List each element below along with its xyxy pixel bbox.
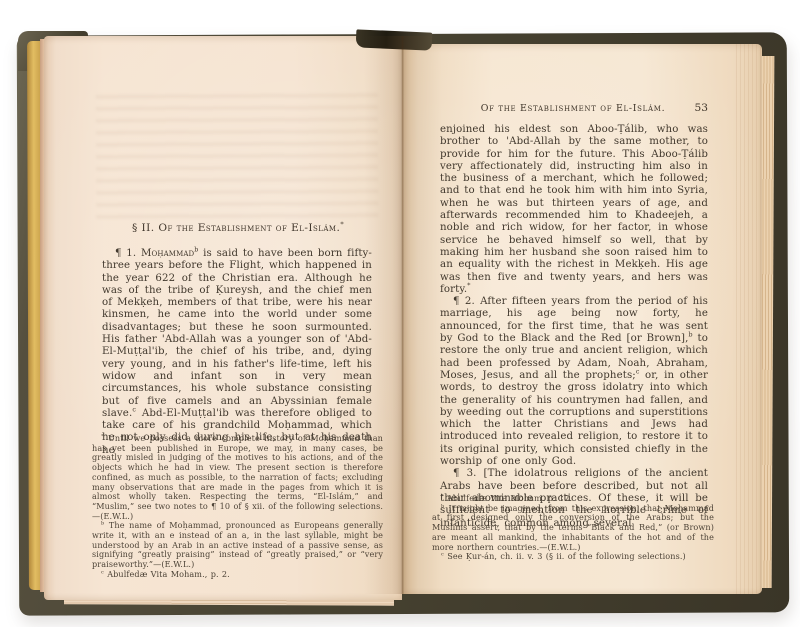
left-page: § II. Of the Establishment of El-Islám.*…: [44, 36, 402, 600]
paragraph-2: ¶ 2. After fifteen years from the period…: [440, 296, 708, 468]
right-page-body: enjoined his eldest son Aboo-Ṭálib, who …: [440, 124, 708, 530]
footnote-b: b It might be imagined, from this expres…: [432, 504, 714, 553]
footnote-b: b The name of Moḥammad, pronounced as Eu…: [92, 521, 383, 570]
running-header-text: Of the Establishment of El-Islám.: [481, 103, 666, 114]
left-page-footnotes: * Until we possess a more complete histo…: [92, 434, 383, 580]
page-number: 53: [695, 102, 708, 114]
book-photo: § II. Of the Establishment of El-Islám.*…: [0, 0, 800, 627]
left-page-body: ¶ 1. Moḥammadb is said to have been born…: [102, 248, 372, 457]
running-header: Of the Establishment of El-Islám. 53: [436, 103, 710, 114]
right-page-footnotes: * Abulfedæ Vita Moham. p. 12. b It might…: [432, 494, 714, 562]
section-heading: § II. Of the Establishment of El-Islám.*: [98, 222, 378, 234]
footnote-c: c See Ḳur-án, ch. ii. v. 3 (§ ii. of the…: [432, 552, 714, 562]
spine-top: [356, 29, 433, 50]
showthrough-text: [96, 93, 379, 222]
right-page: Of the Establishment of El-Islám. 53 enj…: [402, 44, 762, 594]
paragraph-1-continued: enjoined his eldest son Aboo-Ṭálib, who …: [440, 124, 708, 296]
footnote-c: c Abulfedæ Vita Moham., p. 2.: [92, 570, 383, 580]
footnote-asterisk: * Until we possess a more complete histo…: [92, 434, 383, 521]
paragraph-1: ¶ 1. Moḥammadb is said to have been born…: [102, 248, 372, 457]
